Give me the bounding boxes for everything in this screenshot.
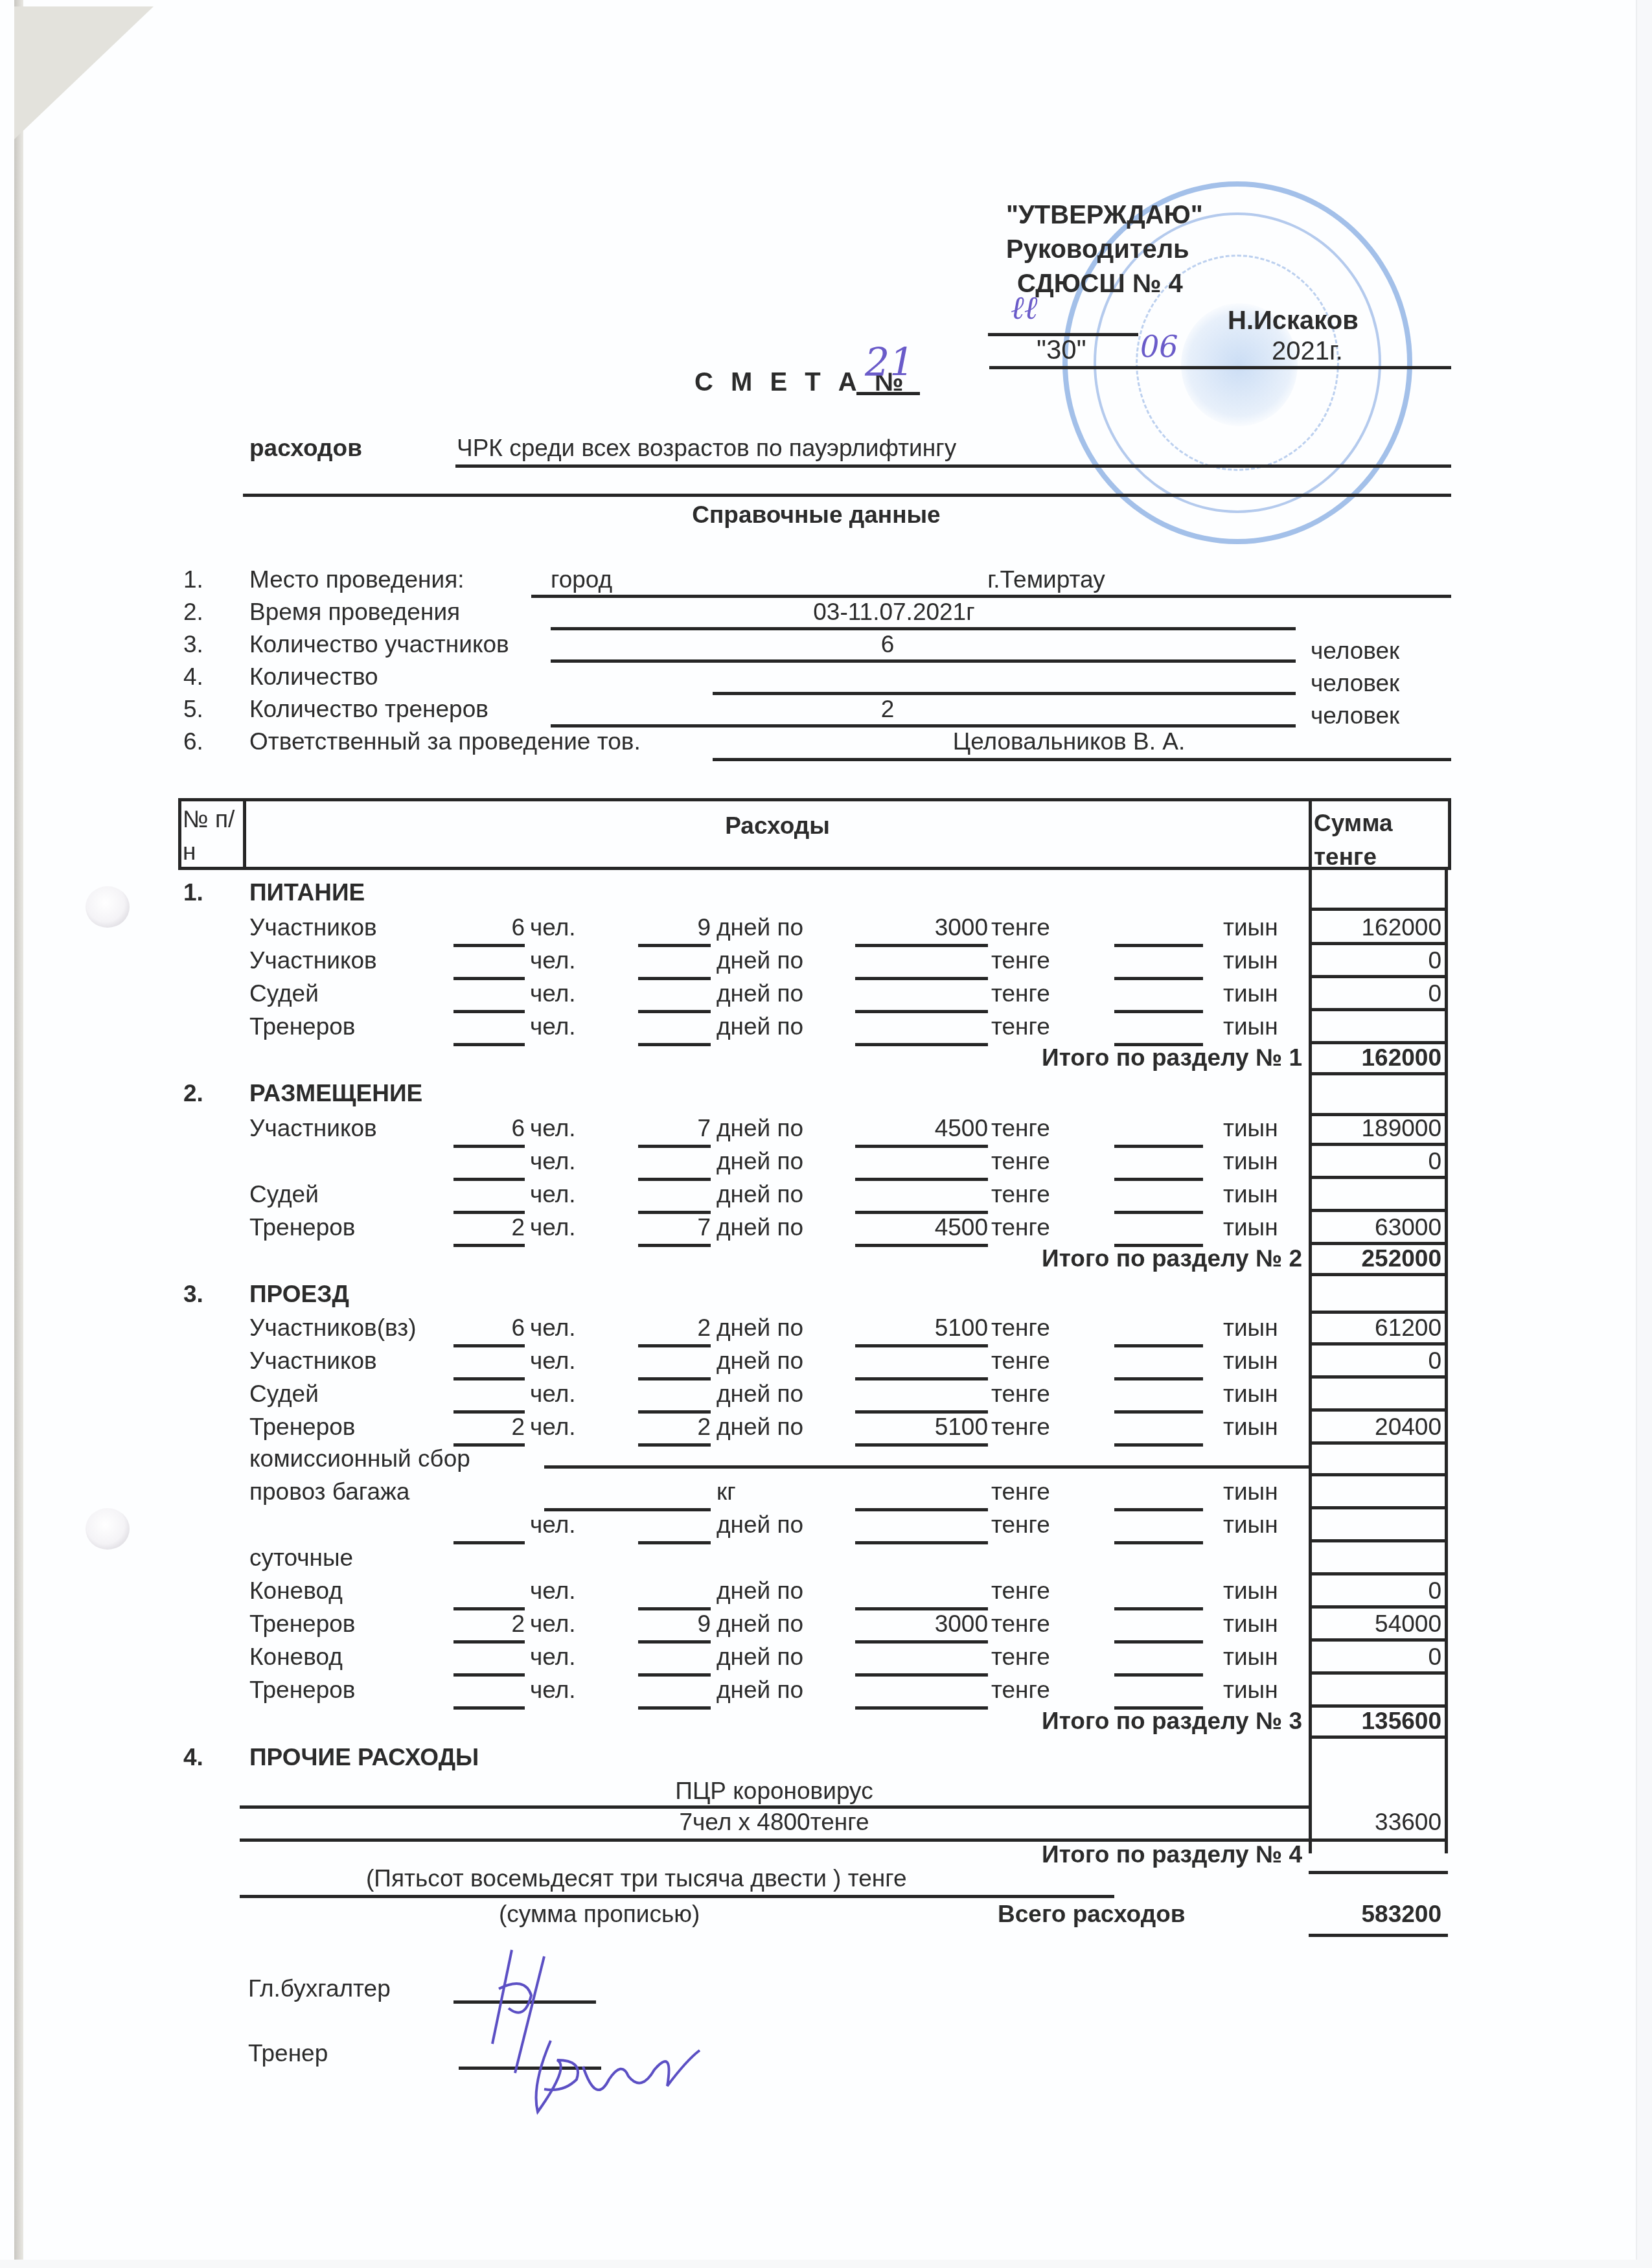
row-sum: 0 bbox=[1312, 1348, 1441, 1374]
row-sum: 0 bbox=[1312, 981, 1441, 1007]
days-field-line bbox=[638, 1178, 711, 1181]
tiyn-field-line bbox=[1114, 1673, 1203, 1677]
price-field-line bbox=[855, 1010, 988, 1013]
ref-num: 2. bbox=[183, 599, 203, 625]
date-line bbox=[989, 366, 1451, 369]
row-label: Судей bbox=[249, 1381, 319, 1407]
section-title: ПРОЧИЕ РАСХОДЫ bbox=[249, 1745, 479, 1770]
baggage-label: провоз багажа bbox=[249, 1479, 409, 1505]
tiyn-field-line bbox=[1114, 1178, 1203, 1181]
unit-tiyn: тиын bbox=[1223, 1381, 1278, 1407]
tiyn-field-line bbox=[1114, 944, 1203, 947]
unit-tiyn: тиын bbox=[1223, 1578, 1278, 1604]
tiyn-field-line bbox=[1114, 1377, 1203, 1380]
section-num: 3. bbox=[183, 1281, 203, 1307]
ref-value-line bbox=[551, 659, 1296, 663]
unit-days: дней по bbox=[717, 948, 803, 974]
unit-people: чел. bbox=[530, 1116, 576, 1141]
people-field-line bbox=[453, 1377, 525, 1380]
row-sum: 63000 bbox=[1312, 1215, 1441, 1241]
scan-right-edge bbox=[1636, 0, 1652, 2268]
scan-left-edge bbox=[14, 0, 23, 2261]
sum-cell-border bbox=[1309, 1176, 1448, 1179]
price-field-line bbox=[855, 977, 988, 980]
row-label: Судей bbox=[249, 1182, 319, 1208]
folded-corner bbox=[14, 6, 154, 139]
people-field-line bbox=[453, 1178, 525, 1181]
row-sum: 162000 bbox=[1312, 915, 1441, 941]
unit-days: дней по bbox=[717, 1215, 803, 1241]
unit-days: дней по bbox=[717, 1578, 803, 1604]
row-label: Участников bbox=[249, 948, 377, 974]
price-field-line bbox=[855, 1443, 988, 1447]
unit-tiyn: тиын bbox=[1223, 1512, 1278, 1538]
purpose-label: расходов bbox=[249, 435, 362, 461]
unit-people: чел. bbox=[530, 1215, 576, 1241]
unit-people: чел. bbox=[530, 981, 576, 1007]
commission-label: комиссионный сбор bbox=[249, 1446, 470, 1472]
sum-cell-border bbox=[1309, 1473, 1448, 1476]
section-total-label: Итого по разделу № 3 bbox=[907, 1708, 1302, 1734]
people-count: 2 bbox=[453, 1611, 525, 1637]
approval-year: 2021г. bbox=[1272, 338, 1343, 364]
unit-kg: кг bbox=[717, 1479, 736, 1505]
unit-days: дней по bbox=[717, 915, 803, 941]
unit-days: дней по bbox=[717, 1116, 803, 1141]
row-label: Тренеров bbox=[249, 1014, 356, 1040]
row-sum: 0 bbox=[1312, 1149, 1441, 1174]
unit-days: дней по bbox=[717, 1677, 803, 1703]
people-count: 6 bbox=[453, 1116, 525, 1141]
sum-cell-border bbox=[1309, 1671, 1448, 1675]
people-field-line bbox=[453, 1344, 525, 1347]
days-field-line bbox=[638, 1244, 711, 1247]
people-field-line bbox=[453, 977, 525, 980]
ref-value-line bbox=[713, 692, 1296, 695]
people-field-line bbox=[453, 1043, 525, 1046]
price-field-line bbox=[855, 1673, 988, 1677]
ref-sublabel: город bbox=[551, 567, 612, 593]
price: 5100 bbox=[855, 1414, 988, 1440]
ref-label: Ответственный за проведение тов. bbox=[249, 729, 641, 755]
ref-num: 5. bbox=[183, 696, 203, 722]
row-label: Коневод bbox=[249, 1644, 343, 1670]
total-in-words-line bbox=[240, 1895, 1114, 1898]
sum-cell-border bbox=[1309, 1072, 1448, 1075]
unit-tenge: тенге bbox=[991, 1149, 1050, 1174]
unit-tiyn: тиын bbox=[1223, 1215, 1278, 1241]
date-day: "30" bbox=[1037, 334, 1086, 365]
section-total-label: Итого по разделу № 2 bbox=[907, 1246, 1302, 1272]
ref-unit: человек bbox=[1311, 670, 1399, 696]
people-field-line bbox=[453, 1706, 525, 1710]
ref-value: г.Темиртау bbox=[910, 567, 1182, 593]
ref-value: 6 bbox=[849, 632, 926, 658]
punch-hole-top bbox=[86, 886, 130, 928]
row-label: Тренеров bbox=[249, 1611, 356, 1637]
sum-cell-border bbox=[1309, 1441, 1448, 1445]
unit-days: дней по bbox=[717, 1381, 803, 1407]
tiyn-field-line bbox=[1114, 1541, 1203, 1544]
row-label: Участников(вз) bbox=[249, 1315, 417, 1341]
sum-cell-border bbox=[1309, 1638, 1448, 1642]
days-field-line bbox=[638, 1377, 711, 1380]
unit-days: дней по bbox=[717, 981, 803, 1007]
price-field-line bbox=[855, 1344, 988, 1347]
purpose-value: ЧРК среди всех возрастов по пауэрлифтинг… bbox=[457, 435, 956, 461]
ref-label: Количество тренеров bbox=[249, 696, 488, 722]
section-num: 4. bbox=[183, 1745, 203, 1770]
ref-value: 03-11.07.2021г bbox=[797, 599, 991, 625]
sum-cell-border bbox=[1309, 1143, 1448, 1146]
tiyn-field-line bbox=[1114, 1145, 1203, 1148]
tiyn-field-line bbox=[1114, 1410, 1203, 1414]
total-in-words: (Пятьсот восемьдесят три тысяча двести )… bbox=[366, 1866, 907, 1892]
people-field-line bbox=[453, 1244, 525, 1247]
people-field-line bbox=[453, 1145, 525, 1148]
unit-tenge: тенге bbox=[991, 1348, 1050, 1374]
days-field-line bbox=[638, 1443, 711, 1447]
tiyn-field-line bbox=[1114, 1010, 1203, 1013]
sum-cell-border bbox=[1309, 1008, 1448, 1011]
reference-heading: Справочные данные bbox=[648, 502, 985, 528]
people-field-line bbox=[453, 944, 525, 947]
unit-people: чел. bbox=[530, 1644, 576, 1670]
unit-tenge: тенге bbox=[991, 1414, 1050, 1440]
price-field-line bbox=[855, 944, 988, 947]
people-field-line bbox=[453, 1673, 525, 1677]
days-field-line bbox=[638, 944, 711, 947]
unit-tenge: тенге bbox=[991, 948, 1050, 974]
row-sum: 61200 bbox=[1312, 1315, 1441, 1341]
unit-days: дней по bbox=[717, 1348, 803, 1374]
sum-cell-border bbox=[1309, 908, 1448, 911]
price: 3000 bbox=[855, 1611, 988, 1637]
unit-days: дней по bbox=[717, 1014, 803, 1040]
unit-days: дней по bbox=[717, 1182, 803, 1208]
price-field-line bbox=[855, 1640, 988, 1644]
row-sum: 189000 bbox=[1312, 1116, 1441, 1141]
section-num: 1. bbox=[183, 880, 203, 906]
unit-tenge: тенге bbox=[991, 1315, 1050, 1341]
price-field-line bbox=[855, 1178, 988, 1181]
unit-tiyn: тиын bbox=[1223, 1677, 1278, 1703]
unit-people: чел. bbox=[530, 1578, 576, 1604]
other-expense-sum: 33600 bbox=[1312, 1809, 1441, 1835]
sum-cell-border bbox=[1309, 1408, 1448, 1412]
trainer-label: Тренер bbox=[248, 2041, 328, 2067]
ref-num: 6. bbox=[183, 729, 203, 755]
handwritten-signatures bbox=[337, 1937, 739, 2125]
days-count: 7 bbox=[638, 1215, 711, 1241]
days-count: 9 bbox=[638, 915, 711, 941]
price-field-line bbox=[855, 1145, 988, 1148]
section-title: ПИТАНИЕ bbox=[249, 880, 365, 906]
total-in-words-caption: (сумма прописью) bbox=[499, 1901, 700, 1927]
row-sum: 54000 bbox=[1312, 1611, 1441, 1637]
sum-cell-border bbox=[1309, 975, 1448, 978]
estimate-number: 21 bbox=[865, 350, 914, 376]
section-total-label: Итого по разделу № 1 bbox=[907, 1045, 1302, 1071]
header-sum: Сумма тенге bbox=[1314, 807, 1437, 874]
tiyn-field-line bbox=[1114, 977, 1203, 980]
unit-tiyn: тиын bbox=[1223, 1644, 1278, 1670]
sum-cell-border bbox=[1309, 1838, 1448, 1842]
ref-value: Целовальников В. А. bbox=[907, 729, 1231, 755]
tiyn-field-line bbox=[1114, 1607, 1203, 1610]
unit-tiyn: тиын bbox=[1223, 1348, 1278, 1374]
days-field-line bbox=[638, 1673, 711, 1677]
unit-tiyn: тиын bbox=[1223, 1315, 1278, 1341]
ref-label: Количество участников bbox=[249, 632, 509, 658]
header-divider-2 bbox=[1309, 798, 1312, 870]
header-expenses: Расходы bbox=[246, 813, 1309, 839]
unit-people: чел. bbox=[530, 1315, 576, 1341]
ref-label: Время проведения bbox=[249, 599, 460, 625]
days-field-line bbox=[638, 1344, 711, 1347]
unit-people: чел. bbox=[530, 1014, 576, 1040]
purpose-line-2 bbox=[243, 494, 1451, 497]
grand-total-value: 583200 bbox=[1309, 1901, 1441, 1927]
ref-label: Место проведения: bbox=[249, 567, 464, 593]
people-field-line bbox=[453, 1640, 525, 1644]
unit-tiyn: тиын bbox=[1223, 981, 1278, 1007]
row-sum: 0 bbox=[1312, 1644, 1441, 1670]
unit-people: чел. bbox=[530, 1611, 576, 1637]
tiyn-field-line bbox=[1114, 1344, 1203, 1347]
people-count: 2 bbox=[453, 1414, 525, 1440]
ref-label: Количество bbox=[249, 664, 378, 690]
scan-bottom-edge bbox=[0, 2260, 1652, 2268]
price: 4500 bbox=[855, 1116, 988, 1141]
days-count: 2 bbox=[638, 1315, 711, 1341]
commission-line bbox=[544, 1465, 1309, 1469]
people-field-line bbox=[453, 1541, 525, 1544]
unit-days: дней по bbox=[717, 1611, 803, 1637]
unit-days: дней по bbox=[717, 1315, 803, 1341]
unit-days: дней по bbox=[717, 1149, 803, 1174]
approval-heading: "УТВЕРЖДАЮ" bbox=[1006, 202, 1203, 228]
approval-organization: СДЮСШ № 4 bbox=[1017, 271, 1183, 297]
unit-people: чел. bbox=[530, 1149, 576, 1174]
section-total-label: Итого по разделу № 4 bbox=[907, 1842, 1302, 1868]
approval-month: 06 bbox=[1140, 334, 1178, 360]
unit-people: чел. bbox=[530, 1677, 576, 1703]
section-total: 162000 bbox=[1312, 1045, 1441, 1071]
row-label: Участников bbox=[249, 1116, 377, 1141]
sum-cell-border bbox=[1309, 1735, 1448, 1739]
unit-people: чел. bbox=[530, 1512, 576, 1538]
estimate-number-line bbox=[856, 392, 920, 395]
unit-tiyn: тиын bbox=[1223, 1014, 1278, 1040]
sum-cell-border bbox=[1309, 1871, 1448, 1874]
row-label: Тренеров bbox=[249, 1414, 356, 1440]
unit-tenge: тенге bbox=[991, 1578, 1050, 1604]
ref-num: 3. bbox=[183, 632, 203, 658]
sum-cell-border bbox=[1309, 1605, 1448, 1609]
baggage-tiyn-line bbox=[1114, 1508, 1203, 1511]
price: 4500 bbox=[855, 1215, 988, 1241]
row-label: Коневод bbox=[249, 1578, 343, 1604]
unit-tenge: тенге bbox=[991, 1381, 1050, 1407]
sum-cell-border bbox=[1309, 1572, 1448, 1575]
unit-tenge: тенге bbox=[991, 1479, 1050, 1505]
grand-total-underline bbox=[1309, 1934, 1448, 1937]
days-field-line bbox=[638, 1640, 711, 1644]
grand-total-label: Всего расходов bbox=[998, 1901, 1186, 1927]
days-count: 7 bbox=[638, 1116, 711, 1141]
other-expense-line-2: 7чел х 4800тенге bbox=[240, 1809, 1309, 1835]
baggage-price-line bbox=[855, 1508, 988, 1511]
unit-people: чел. bbox=[530, 1381, 576, 1407]
unit-tiyn: тиын bbox=[1223, 915, 1278, 941]
ref-value-line bbox=[551, 724, 1296, 727]
unit-tenge: тенге bbox=[991, 1512, 1050, 1538]
unit-tiyn: тиын bbox=[1223, 1479, 1278, 1505]
unit-people: чел. bbox=[530, 915, 576, 941]
days-field-line bbox=[638, 1043, 711, 1046]
section-title: ПРОЕЗД bbox=[249, 1281, 349, 1307]
row-label: Тренеров bbox=[249, 1677, 356, 1703]
row-sum: 0 bbox=[1312, 1578, 1441, 1604]
approval-position: Руководитель bbox=[1006, 236, 1189, 262]
unit-tenge: тенге bbox=[991, 915, 1050, 941]
unit-people: чел. bbox=[530, 1414, 576, 1440]
unit-tenge: тенге bbox=[991, 1182, 1050, 1208]
sum-cell-border bbox=[1309, 942, 1448, 945]
ref-unit: человек bbox=[1311, 638, 1399, 664]
unit-days: дней по bbox=[717, 1644, 803, 1670]
purpose-line bbox=[455, 464, 1451, 468]
unit-tiyn: тиын bbox=[1223, 1611, 1278, 1637]
punch-hole-bottom bbox=[86, 1508, 130, 1550]
days-field-line bbox=[638, 1706, 711, 1710]
sum-cell-border bbox=[1309, 1273, 1448, 1276]
unit-tenge: тенге bbox=[991, 1014, 1050, 1040]
unit-tiyn: тиын bbox=[1223, 1116, 1278, 1141]
unit-tenge: тенге bbox=[991, 1215, 1050, 1241]
unit-tenge: тенге bbox=[991, 1611, 1050, 1637]
people-count: 6 bbox=[453, 915, 525, 941]
section-title: РАЗМЕЩЕНИЕ bbox=[249, 1081, 422, 1106]
price: 3000 bbox=[855, 915, 988, 941]
ref-num: 4. bbox=[183, 664, 203, 690]
days-field-line bbox=[638, 1541, 711, 1544]
unit-tenge: тенге bbox=[991, 1644, 1050, 1670]
ref-num: 1. bbox=[183, 567, 203, 593]
price-field-line bbox=[855, 1541, 988, 1544]
approval-day: "30" bbox=[1037, 337, 1086, 363]
days-field-line bbox=[638, 1145, 711, 1148]
days-count: 9 bbox=[638, 1611, 711, 1637]
row-label: Тренеров bbox=[249, 1215, 356, 1241]
ref-value-line bbox=[713, 758, 1451, 761]
price: 5100 bbox=[855, 1315, 988, 1341]
header-num: № п/н bbox=[183, 803, 241, 868]
ref-value-line bbox=[531, 595, 1451, 598]
director-signature: ℓℓ bbox=[1011, 295, 1038, 321]
sum-cell-border bbox=[1309, 1506, 1448, 1509]
tiyn-field-line bbox=[1114, 1211, 1203, 1214]
row-sum: 20400 bbox=[1312, 1414, 1441, 1440]
days-count: 2 bbox=[638, 1414, 711, 1440]
unit-tenge: тенге bbox=[991, 981, 1050, 1007]
approval-signer: Н.Искаков bbox=[1228, 308, 1359, 334]
unit-tiyn: тиын bbox=[1223, 948, 1278, 974]
unit-people: чел. bbox=[530, 1348, 576, 1374]
people-field-line bbox=[453, 1010, 525, 1013]
daily-label: суточные bbox=[249, 1545, 353, 1571]
price-field-line bbox=[855, 1377, 988, 1380]
unit-days: дней по bbox=[717, 1512, 803, 1538]
unit-tenge: тенге bbox=[991, 1116, 1050, 1141]
sum-cell-border bbox=[1309, 1342, 1448, 1346]
tiyn-field-line bbox=[1114, 1443, 1203, 1447]
unit-tiyn: тиын bbox=[1223, 1149, 1278, 1174]
ref-value: 2 bbox=[849, 696, 926, 722]
people-count: 6 bbox=[453, 1315, 525, 1341]
people-count: 2 bbox=[453, 1215, 525, 1241]
unit-tiyn: тиын bbox=[1223, 1182, 1278, 1208]
row-label: Судей bbox=[249, 981, 319, 1007]
sum-cell-border bbox=[1309, 1311, 1448, 1314]
unit-people: чел. bbox=[530, 948, 576, 974]
unit-people: чел. bbox=[530, 1182, 576, 1208]
days-field-line bbox=[638, 977, 711, 980]
days-field-line bbox=[638, 1010, 711, 1013]
row-label: Участников bbox=[249, 1348, 377, 1374]
sum-cell-border bbox=[1309, 1539, 1448, 1542]
section-total: 252000 bbox=[1312, 1246, 1441, 1272]
other-expense-line-1: ПЦР короновирус bbox=[240, 1778, 1309, 1804]
sum-cell-border bbox=[1309, 1209, 1448, 1212]
row-label: Участников bbox=[249, 915, 377, 941]
ref-unit: человек bbox=[1311, 703, 1399, 729]
section-total: 135600 bbox=[1312, 1708, 1441, 1734]
sum-cell-border bbox=[1309, 1375, 1448, 1379]
section-num: 2. bbox=[183, 1081, 203, 1106]
row-sum: 0 bbox=[1312, 948, 1441, 974]
tiyn-field-line bbox=[1114, 1640, 1203, 1644]
unit-days: дней по bbox=[717, 1414, 803, 1440]
unit-tiyn: тиын bbox=[1223, 1414, 1278, 1440]
ref-value-line bbox=[551, 627, 1296, 630]
unit-tenge: тенге bbox=[991, 1677, 1050, 1703]
